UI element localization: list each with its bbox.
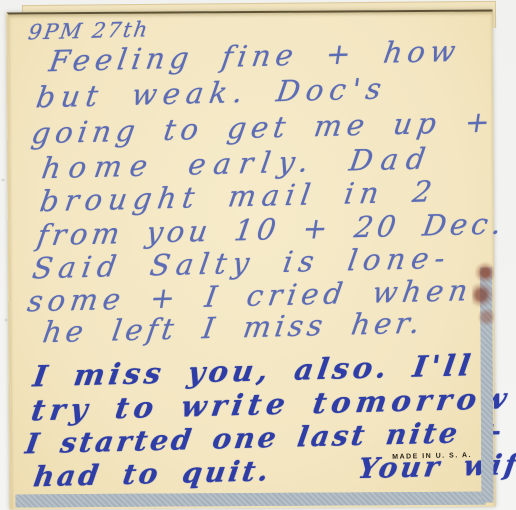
scanner-background: 9PM 27th Feeling fine + how but weak. Do… bbox=[0, 0, 516, 510]
letter-page: 9PM 27th Feeling fine + how but weak. Do… bbox=[6, 10, 495, 510]
bottom-cloth-edge bbox=[15, 492, 485, 508]
date-line: 9PM 27th bbox=[27, 17, 151, 44]
edge-stain bbox=[472, 262, 494, 336]
